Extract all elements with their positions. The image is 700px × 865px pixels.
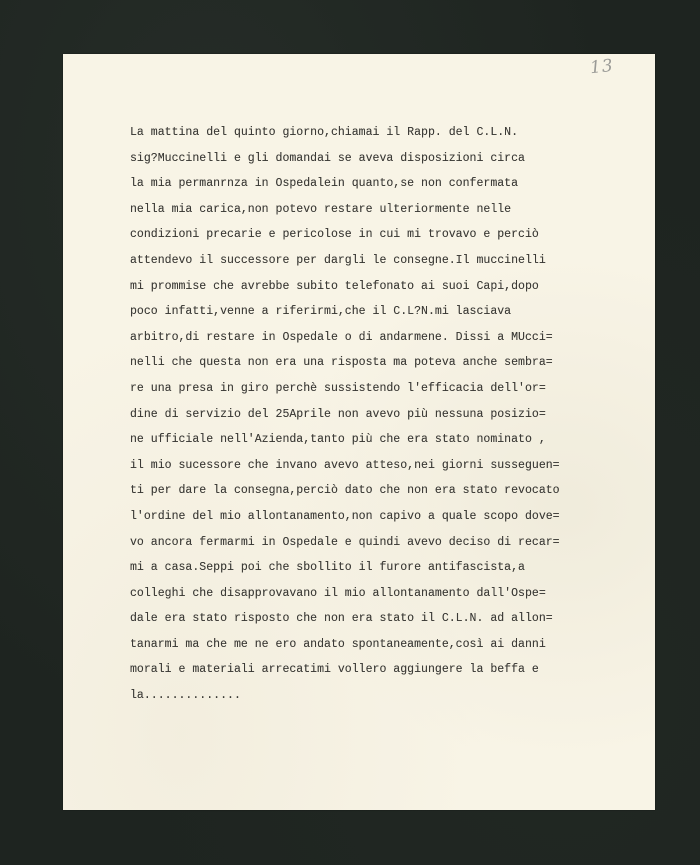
text-line: la.............. (130, 683, 560, 709)
text-line: vo ancora fermarmi in Ospedale e quindi … (130, 530, 560, 556)
text-line: sig?Muccinelli e gli domandai se aveva d… (130, 146, 560, 172)
handwritten-page-number: 13 (589, 56, 615, 78)
text-line: tanarmi ma che me ne ero andato spontane… (130, 632, 560, 658)
text-line: attendevo il successore per dargli le co… (130, 248, 560, 274)
text-line: La mattina del quinto giorno,chiamai il … (130, 120, 560, 146)
text-line: morali e materiali arrecatimi vollero ag… (130, 657, 560, 683)
text-line: nella mia carica,non potevo restare ulte… (130, 197, 560, 223)
typewritten-body: La mattina del quinto giorno,chiamai il … (130, 120, 560, 709)
text-line: re una presa in giro perchè sussistendo … (130, 376, 560, 402)
text-line: mi a casa.Seppi poi che sbollito il furo… (130, 555, 560, 581)
text-line: nelli che questa non era una risposta ma… (130, 350, 560, 376)
text-line: arbitro,di restare in Ospedale o di anda… (130, 325, 560, 351)
typewritten-page: 13 La mattina del quinto giorno,chiamai … (63, 54, 655, 810)
text-line: dine di servizio del 25Aprile non avevo … (130, 402, 560, 428)
text-line: ne ufficiale nell'Azienda,tanto più che … (130, 427, 560, 453)
text-line: il mio sucessore che invano avevo atteso… (130, 453, 560, 479)
text-line: l'ordine del mio allontanamento,non capi… (130, 504, 560, 530)
text-line: condizioni precarie e pericolose in cui … (130, 222, 560, 248)
text-line: dale era stato risposto che non era stat… (130, 606, 560, 632)
text-line: mi prommise che avrebbe subito telefonat… (130, 274, 560, 300)
text-line: ti per dare la consegna,perciò dato che … (130, 478, 560, 504)
text-line: la mia permanrnza in Ospedalein quanto,s… (130, 171, 560, 197)
text-line: colleghi che disapprovavano il mio allon… (130, 581, 560, 607)
text-line: poco infatti,venne a riferirmi,che il C.… (130, 299, 560, 325)
